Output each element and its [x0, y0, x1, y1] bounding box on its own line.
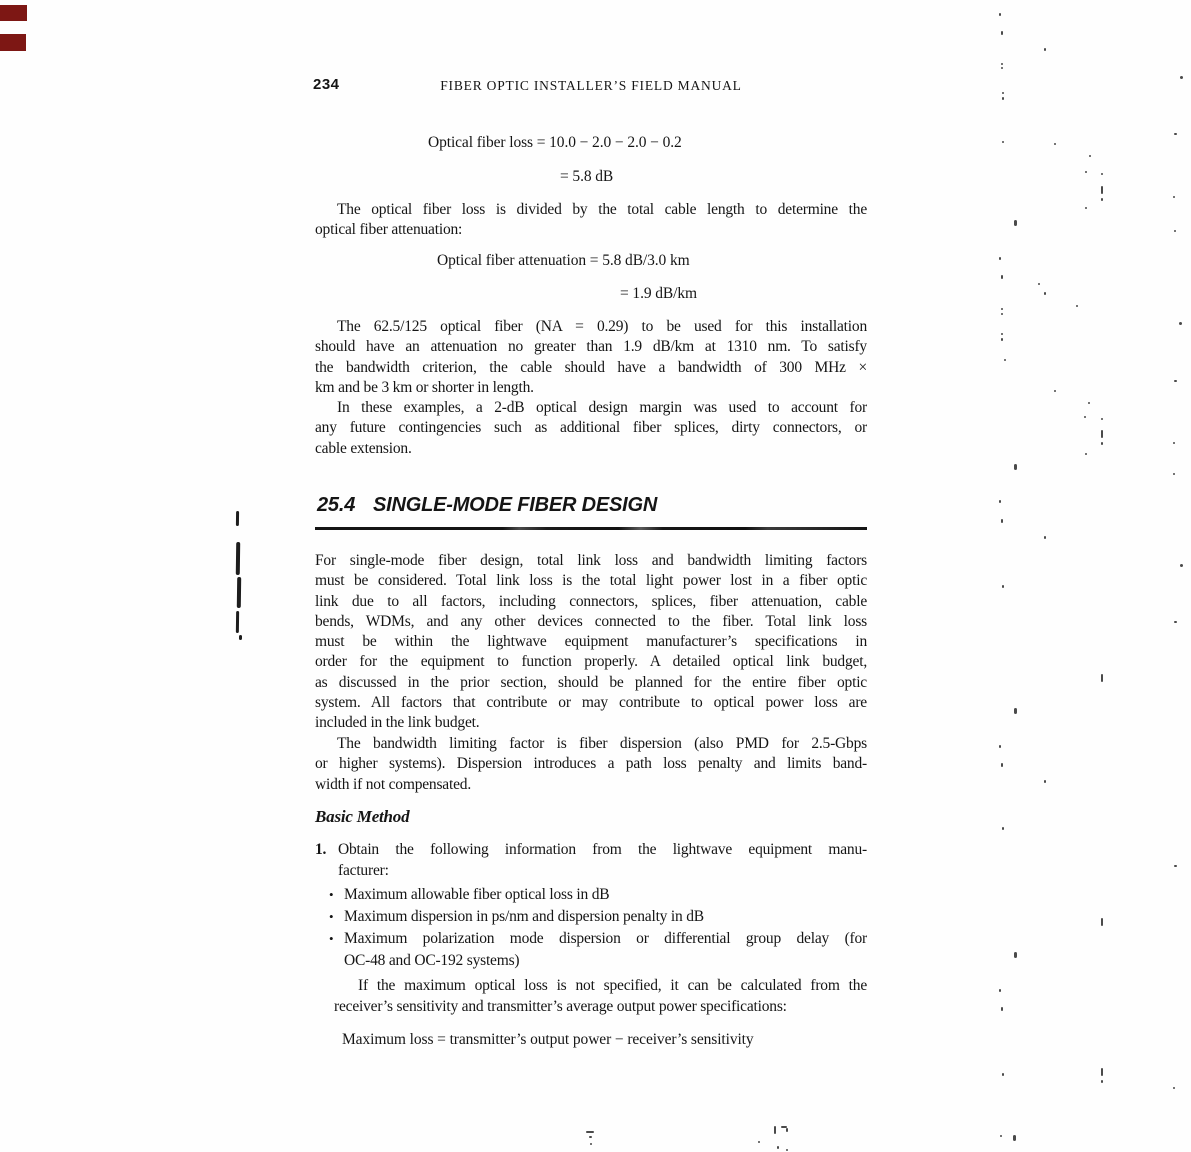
scan-speck — [786, 1149, 788, 1151]
text-line: km and be 3 km or shorter in length. — [315, 378, 867, 398]
scan-speck — [1001, 1007, 1003, 1011]
list-item-text: Obtain the following information from th… — [338, 840, 867, 881]
scan-speck — [589, 1136, 592, 1138]
scan-speck — [1044, 48, 1046, 51]
scan-speck — [1101, 674, 1103, 682]
scan-speck — [1054, 143, 1056, 145]
bullet-icon: • — [315, 928, 344, 971]
scan-speck — [1014, 220, 1017, 226]
scan-speck — [999, 745, 1001, 748]
scan-speck — [1101, 1080, 1103, 1083]
text-line: width if not compensated. — [315, 775, 867, 795]
text-line: facturer: — [338, 861, 867, 882]
scan-speck — [1014, 708, 1017, 714]
scan-speck — [1044, 536, 1046, 539]
scan-speck — [1101, 1068, 1103, 1076]
scan-speck — [1038, 283, 1040, 285]
scan-speck — [1004, 359, 1006, 361]
scan-speck — [1088, 402, 1090, 404]
text-line: In these examples, a 2-dB optical design… — [315, 398, 867, 418]
scan-speck — [1002, 827, 1004, 830]
scan-speck — [1173, 473, 1175, 475]
text-line: link due to all factors, including conne… — [315, 592, 867, 612]
section-rule — [315, 527, 867, 530]
scan-speck — [1085, 171, 1087, 173]
scan-speck — [999, 500, 1001, 503]
scan-speck — [1044, 780, 1046, 783]
scan-speck — [1084, 416, 1086, 418]
scan-speck — [999, 13, 1001, 16]
scan-speck — [777, 1146, 779, 1149]
text-line: must be considered. Total link loss is t… — [315, 571, 867, 591]
bullet-text: Maximum polarization mode dispersion or … — [344, 928, 867, 971]
bullet-icon: • — [315, 906, 344, 928]
paragraph-design-margin: In these examples, a 2-dB optical design… — [315, 398, 867, 459]
text-line: system. All factors that contribute or m… — [315, 693, 867, 713]
scan-speck — [1101, 430, 1103, 438]
scan-speck — [1173, 196, 1175, 198]
scan-speck — [1101, 198, 1103, 201]
scan-speck — [1002, 1073, 1004, 1076]
text-line: The optical fiber loss is divided by the… — [315, 200, 867, 220]
bullet-item-3: • Maximum polarization mode dispersion o… — [315, 928, 867, 971]
paragraph-bandwidth-limit: The bandwidth limiting factor is fiber d… — [315, 734, 867, 795]
scan-speck — [1001, 763, 1003, 767]
scanned-book-page: 234 FIBER OPTIC INSTALLER’S FIELD MANUAL… — [0, 0, 1191, 1152]
bullet-icon: • — [315, 884, 344, 906]
pen-mark — [239, 635, 242, 640]
bullet-item-1: • Maximum allowable fiber optical loss i… — [315, 884, 867, 906]
text-line: For single-mode fiber design, total link… — [315, 551, 867, 571]
scan-speck — [1001, 63, 1003, 65]
scan-speck — [1001, 338, 1003, 341]
scan-speck — [1054, 390, 1056, 392]
paragraph-single-mode-design: For single-mode fiber design, total link… — [315, 551, 867, 734]
text-line: order for the equipment to function prop… — [315, 652, 867, 672]
scan-speck — [774, 1126, 776, 1134]
scan-speck — [1101, 442, 1103, 445]
scan-speck — [1179, 322, 1182, 325]
scan-speck — [1085, 453, 1087, 455]
equation-optical-fiber-loss: Optical fiber loss = 10.0 − 2.0 − 2.0 − … — [428, 134, 682, 152]
scan-speck — [1101, 418, 1103, 420]
scan-speck — [1001, 31, 1003, 35]
section-number: 25.4 — [317, 494, 355, 517]
text-line: must be within the lightwave equipment m… — [315, 632, 867, 652]
text-line: bends, WDMs, and any other devices conne… — [315, 612, 867, 632]
scan-speck — [1180, 564, 1183, 567]
scan-speck — [1089, 155, 1091, 157]
book-title: FIBER OPTIC INSTALLER’S FIELD MANUAL — [315, 78, 867, 94]
text-line: included in the link budget. — [315, 713, 867, 733]
pen-mark — [236, 542, 240, 575]
scan-speck — [1014, 464, 1017, 470]
text-line: If the maximum optical loss is not speci… — [334, 976, 867, 997]
scan-speck — [1173, 1087, 1175, 1089]
text-line: The bandwidth limiting factor is fiber d… — [315, 734, 867, 754]
scan-speck — [1173, 442, 1175, 444]
scan-speck — [590, 1143, 592, 1145]
scan-speck — [1101, 186, 1103, 194]
scan-speck — [1085, 207, 1087, 209]
text-line: The 62.5/125 optical fiber (NA = 0.29) t… — [315, 317, 867, 337]
scan-speck — [1174, 230, 1176, 232]
paragraph-fiber-spec: The 62.5/125 optical fiber (NA = 0.29) t… — [315, 317, 867, 398]
text-line: Obtain the following information from th… — [338, 840, 867, 861]
scan-speck — [1001, 67, 1003, 69]
text-line: the bandwidth criterion, the cable shoul… — [315, 358, 867, 378]
scan-speck — [1002, 585, 1004, 588]
numbered-list-item-1: 1. Obtain the following information from… — [315, 840, 867, 881]
text-line: Maximum polarization mode dispersion or … — [344, 928, 867, 950]
text-line: optical fiber attenuation: — [315, 220, 867, 240]
equation-fiber-attenuation-result: = 1.9 dB/km — [620, 285, 697, 303]
equation-optical-fiber-loss-result: = 5.8 dB — [560, 168, 613, 186]
equation-maximum-loss: Maximum loss = transmitter’s output powe… — [342, 1031, 754, 1049]
scan-speck — [1001, 275, 1003, 279]
bullet-item-2: • Maximum dispersion in ps/nm and disper… — [315, 906, 867, 928]
scan-speck — [1001, 333, 1003, 335]
text-line: as discussed in the prior section, shoul… — [315, 673, 867, 693]
equation-fiber-attenuation: Optical fiber attenuation = 5.8 dB/3.0 k… — [437, 252, 690, 270]
scan-speck — [999, 257, 1001, 260]
scan-speck — [758, 1141, 760, 1143]
scan-speck — [1174, 133, 1177, 135]
list-number: 1. — [315, 840, 326, 861]
scan-speck — [1174, 865, 1177, 867]
scan-speck — [1174, 380, 1177, 382]
scan-speck — [999, 989, 1001, 992]
scan-speck — [1101, 918, 1103, 926]
scan-speck — [1180, 76, 1183, 79]
scan-speck — [1014, 952, 1017, 958]
scan-speck — [586, 1131, 594, 1133]
scan-speck — [1101, 173, 1103, 175]
running-header: 234 FIBER OPTIC INSTALLER’S FIELD MANUAL — [315, 76, 867, 96]
text-line: should have an attenuation no greater th… — [315, 337, 867, 357]
bullet-list: • Maximum allowable fiber optical loss i… — [315, 884, 867, 971]
scan-speck — [1000, 1135, 1002, 1137]
scan-speck — [1001, 308, 1003, 310]
text-line: any future contingencies such as additio… — [315, 418, 867, 438]
red-edge-tab — [0, 34, 26, 51]
scan-speck — [786, 1128, 788, 1132]
scan-speck — [1001, 313, 1003, 315]
bullet-text: Maximum dispersion in ps/nm and dispersi… — [344, 906, 867, 928]
pen-mark — [237, 577, 241, 608]
bullet-text: Maximum allowable fiber optical loss in … — [344, 884, 867, 906]
section-title: SINGLE-MODE FIBER DESIGN — [373, 494, 657, 517]
scan-speck — [1174, 621, 1177, 623]
pen-mark — [236, 511, 239, 526]
text-line: OC-48 and OC-192 systems) — [344, 950, 867, 972]
scan-speck — [1076, 305, 1078, 307]
text-line: Maximum dispersion in ps/nm and dispersi… — [344, 906, 867, 928]
text-line: or higher systems). Dispersion introduce… — [315, 754, 867, 774]
pen-mark — [236, 611, 239, 633]
scan-speck — [1002, 92, 1004, 94]
scan-speck — [1002, 141, 1004, 143]
text-line: Maximum allowable fiber optical loss in … — [344, 884, 867, 906]
scan-speck — [1013, 1135, 1016, 1141]
paragraph-attenuation-intro: The optical fiber loss is divided by the… — [315, 200, 867, 241]
scan-speck — [1044, 292, 1046, 295]
scan-speck — [1002, 97, 1004, 100]
text-line: cable extension. — [315, 439, 867, 459]
red-edge-tab — [0, 5, 27, 21]
scan-speck — [1001, 519, 1003, 523]
text-line: receiver’s sensitivity and transmitter’s… — [334, 997, 867, 1018]
subsection-heading: Basic Method — [315, 807, 409, 827]
paragraph-max-loss-calc: If the maximum optical loss is not speci… — [334, 976, 867, 1018]
